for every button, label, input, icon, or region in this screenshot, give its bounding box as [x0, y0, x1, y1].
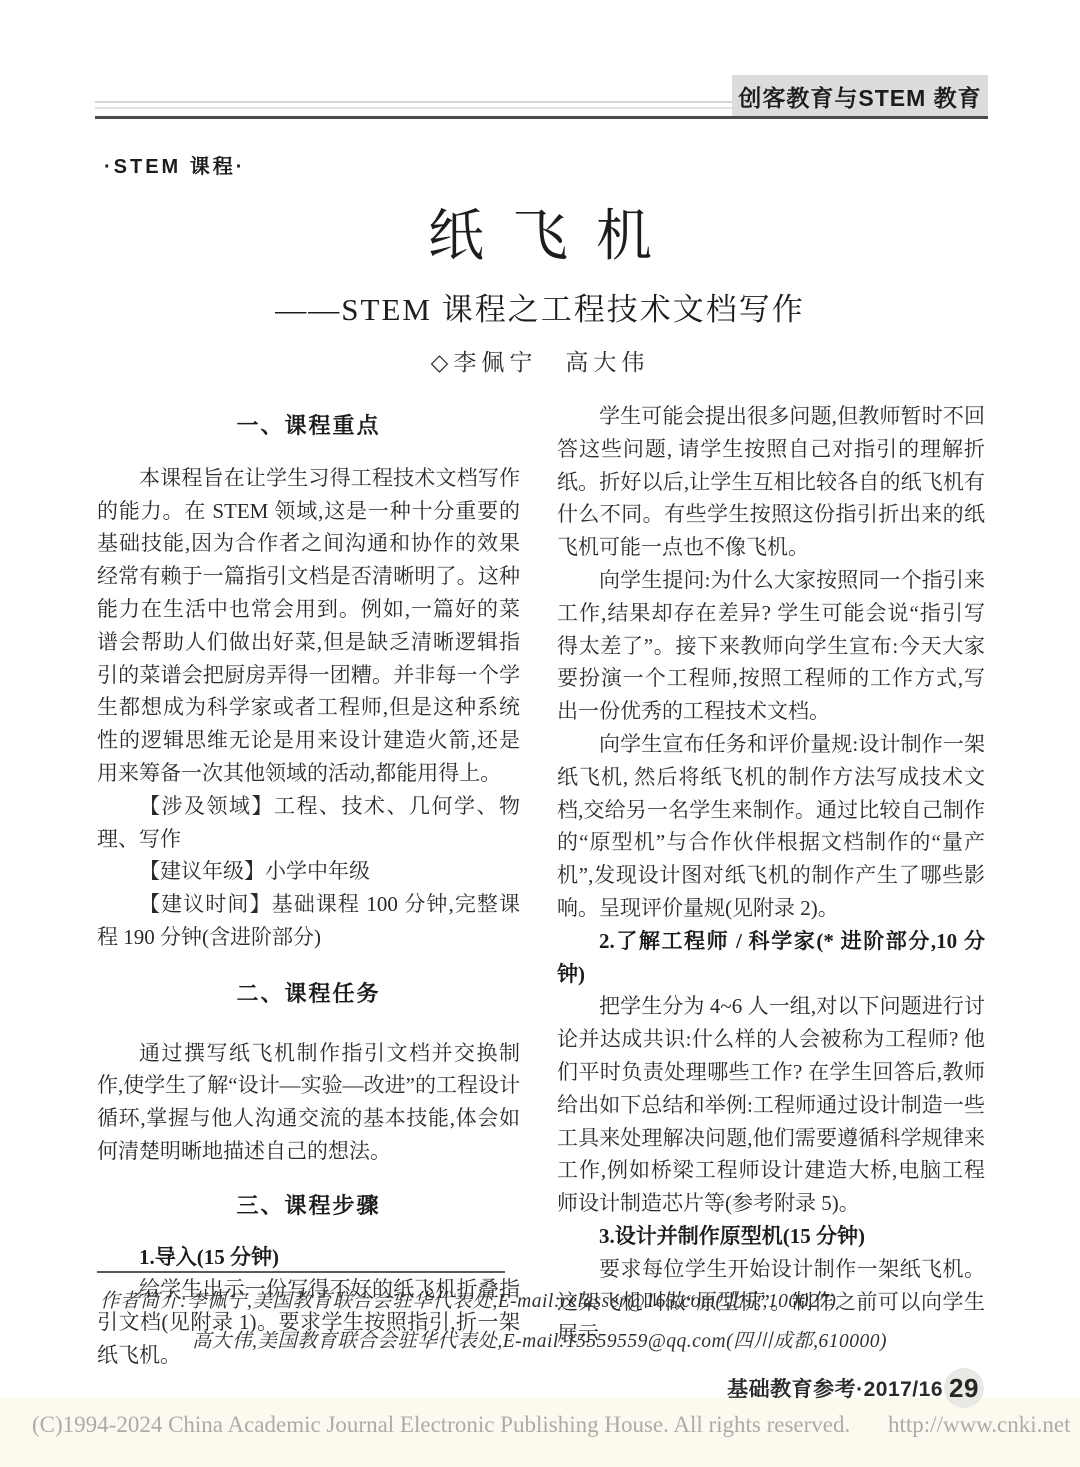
journal-footer: 基础教育参考·2017/16 29	[727, 1368, 984, 1408]
paragraph-meta-time: 【建议时间】基础课程 100 分钟,完整课程 190 分钟(含进阶部分)	[97, 888, 520, 954]
step1-heading: 1.导入(15 分钟)	[97, 1241, 520, 1274]
header-rule-light-1	[95, 101, 732, 103]
journal-issue-info: 基础教育参考·2017/16	[727, 1373, 943, 1403]
article-subtitle: ——STEM 课程之工程技术文档写作	[0, 284, 1080, 329]
left-column: 一、课程重点 本课程旨在让学生习得工程技术文档写作的能力。在 STEM 领域,这…	[97, 400, 520, 1372]
section-heading-1: 一、课程重点	[97, 410, 520, 443]
page-number-badge: 29	[944, 1368, 984, 1408]
paragraph-meta-fields: 【涉及领域】工程、技术、几何学、物理、写作	[97, 790, 520, 856]
right-column: 学生可能会提出很多问题,但教师暂时不回答这些问题, 请学生按照自己对指引的理解折…	[557, 400, 985, 1372]
paragraph-course-intro: 本课程旨在让学生习得工程技术文档写作的能力。在 STEM 领域,这是一种十分重要…	[97, 462, 520, 790]
section-heading-2: 二、课程任务	[97, 978, 520, 1011]
journal-page: 创客教育与STEM 教育 ·STEM 课程· 纸飞机 ——STEM 课程之工程技…	[0, 0, 1080, 1467]
author-bio-line2: 高大伟,美国教育联合会驻华代表处,E-mail:15559559@qq.com(…	[100, 1322, 980, 1362]
footnote-divider	[97, 1271, 505, 1273]
section-heading-3: 三、课程步骤	[97, 1190, 520, 1223]
article-title: 纸飞机	[0, 192, 1080, 272]
paragraph-course-task: 通过撰写纸飞机制作指引文档并交换制作,使学生了解“设计—实验—改进”的工程设计循…	[97, 1037, 520, 1168]
author-bio-line1: 作者简介:李佩宁,美国教育联合会驻华代表处,E-mail:relasser@16…	[100, 1282, 980, 1322]
cnki-url: http://www.cnki.net	[888, 1412, 1070, 1437]
copyright-line: (C)1994-2024 China Academic Journal Elec…	[32, 1412, 1052, 1438]
paragraph-meta-grade: 【建议年级】小学中年级	[97, 855, 520, 888]
paragraph-r3: 向学生宣布任务和评价量规:设计制作一架纸飞机, 然后将纸飞机的制作方法写成技术文…	[557, 728, 985, 925]
column-label: ·STEM 课程·	[104, 150, 245, 179]
author-bio: 作者简介:李佩宁,美国教育联合会驻华代表处,E-mail:relasser@16…	[100, 1282, 980, 1362]
step3-heading: 3.设计并制作原型机(15 分钟)	[557, 1220, 985, 1253]
paragraph-r2: 向学生提问:为什么大家按照同一个指引来工作,结果却存在差异? 学生可能会说“指引…	[557, 564, 985, 728]
copyright-text: (C)1994-2024 China Academic Journal Elec…	[32, 1412, 850, 1437]
paragraph-r4: 把学生分为 4~6 人一组,对以下问题进行讨论并达成共识:什么样的人会被称为工程…	[557, 990, 985, 1220]
article-body: 一、课程重点 本课程旨在让学生习得工程技术文档写作的能力。在 STEM 领域,这…	[97, 400, 985, 1372]
header-rule-light-2	[95, 107, 732, 109]
step2-heading: 2.了解工程师 / 科学家(* 进阶部分,10 分钟)	[557, 925, 985, 991]
journal-section-tag: 创客教育与STEM 教育	[732, 75, 988, 118]
paragraph-r1: 学生可能会提出很多问题,但教师暂时不回答这些问题, 请学生按照自己对指引的理解折…	[557, 400, 985, 564]
article-authors: ◇李佩宁 高大伟	[0, 344, 1080, 377]
header-rule-dark	[95, 116, 988, 119]
